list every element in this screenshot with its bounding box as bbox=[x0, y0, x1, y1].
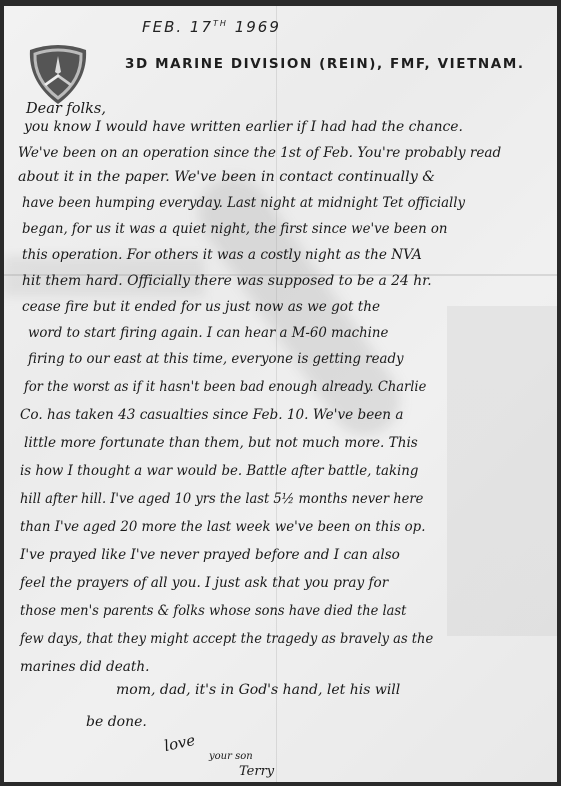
letterhead-title: 3D MARINE DIVISION (REIN), FMF, VIETNAM. bbox=[125, 56, 525, 72]
signature: Terry bbox=[239, 764, 274, 779]
letter-page: FEB. 17TH 1969 3D MARINE DIVISION (REIN)… bbox=[4, 6, 557, 782]
letter-line: We've been on an operation since the 1st… bbox=[18, 145, 501, 161]
letter-line: began, for us it was a quiet night, the … bbox=[22, 221, 447, 237]
folded-corner bbox=[447, 306, 557, 636]
letter-line: I've prayed like I've never prayed befor… bbox=[20, 547, 400, 563]
letter-date: FEB. 17TH 1969 bbox=[142, 18, 281, 36]
your-son-text: your son bbox=[209, 751, 253, 762]
letter-line: few days, that they might accept the tra… bbox=[20, 631, 433, 647]
letter-line: word to start firing again. I can hear a… bbox=[28, 325, 388, 341]
letter-line: hill after hill. I've aged 10 yrs the la… bbox=[20, 491, 423, 507]
letter-line: have been humping everyday. Last night a… bbox=[22, 195, 465, 211]
closing-line-2: be done. bbox=[86, 714, 147, 730]
letter-line: firing to our east at this time, everyon… bbox=[28, 351, 404, 367]
letter-line: hit them hard. Officially there was supp… bbox=[22, 273, 432, 289]
date-suffix: TH bbox=[213, 19, 228, 28]
letter-line: feel the prayers of all you. I just ask … bbox=[20, 575, 388, 591]
love-signoff: love bbox=[162, 731, 196, 755]
letter-line: cease fire but it ended for us just now … bbox=[22, 299, 380, 315]
salutation: Dear folks, bbox=[26, 101, 106, 117]
letter-line: than I've aged 20 more the last week we'… bbox=[20, 519, 425, 535]
date-day: FEB. 17 bbox=[142, 18, 213, 36]
letter-line: marines did death. bbox=[20, 659, 149, 675]
letter-line: little more fortunate than them, but not… bbox=[24, 435, 418, 451]
letter-line: this operation. For others it was a cost… bbox=[22, 247, 422, 263]
letter-line: for the worst as if it hasn't been bad e… bbox=[24, 379, 426, 395]
letter-line: Co. has taken 43 casualties since Feb. 1… bbox=[20, 407, 403, 423]
letter-line: those men's parents & folks whose sons h… bbox=[20, 603, 406, 619]
date-year: 1969 bbox=[235, 18, 281, 36]
letter-line: is how I thought a war would be. Battle … bbox=[20, 463, 418, 479]
marine-division-emblem-icon bbox=[26, 42, 90, 106]
closing-line: mom, dad, it's in God's hand, let his wi… bbox=[116, 682, 400, 698]
letter-line: about it in the paper. We've been in con… bbox=[18, 169, 435, 185]
letter-line: you know I would have written earlier if… bbox=[24, 119, 463, 135]
